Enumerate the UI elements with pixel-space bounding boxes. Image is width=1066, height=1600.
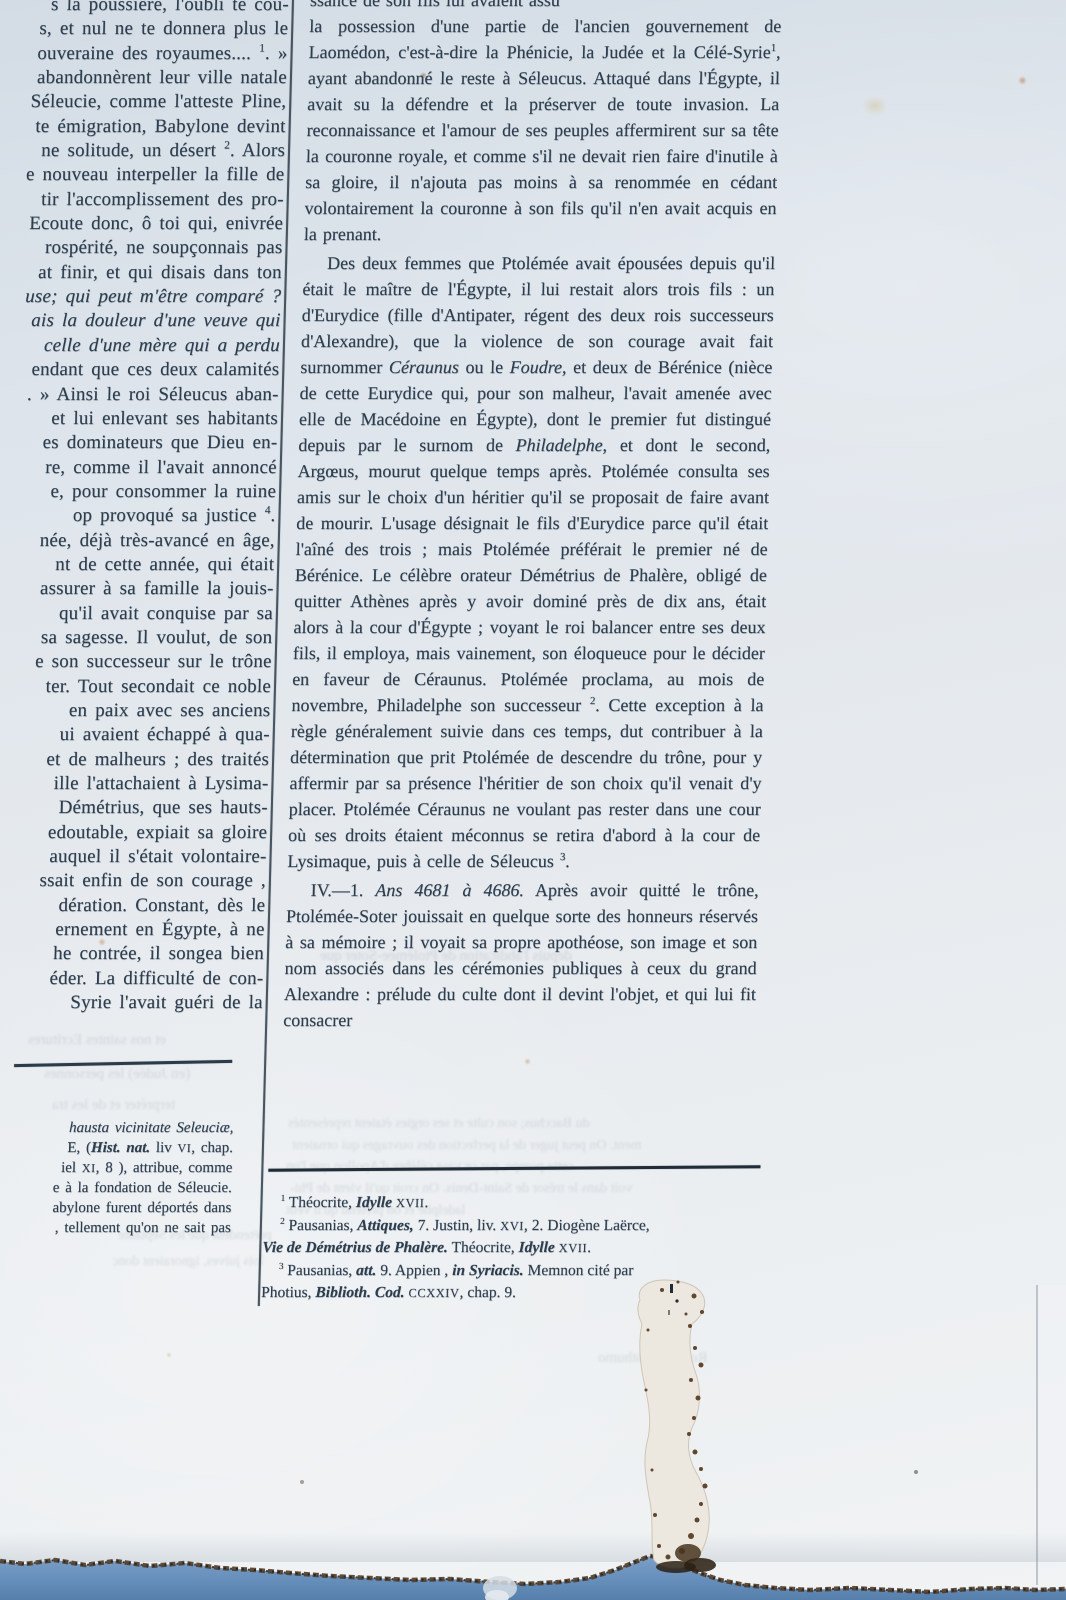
text-segment: ernement en Égypte, à ne [55, 919, 265, 940]
text-line: éder. La difficulté de con- [49, 967, 263, 991]
text-segment: , 8 ), attribue, comme [95, 1160, 232, 1176]
paragraph: IV.—1. Ans 4681 à 4686. Après avoir quit… [283, 877, 759, 1033]
text-segment: XVI [500, 1219, 524, 1233]
text-line: Syrie l'avait guéri de la [70, 991, 263, 1015]
text-line: s la poussière, l'oubli te cou- [51, 0, 289, 17]
text-segment: Démétrius, que ses hauts- [58, 797, 268, 818]
text-segment: Vie de Démétrius de Phalère. [262, 1239, 448, 1256]
text-segment: XI [82, 1161, 96, 1175]
text-segment: et de malheurs ; des traités [46, 749, 269, 770]
text-line: te émigration, Babylone devint [35, 115, 286, 139]
text-line: s, et nul ne te donnera plus le [39, 17, 288, 41]
text-segment: re, comme il l'avait annoncé [45, 457, 277, 478]
page-damage-trail [638, 1280, 716, 1573]
text-line: et lui enlevant ses habitants [51, 407, 278, 431]
text-segment: Séleucie, comme l'atteste Pline, [30, 91, 286, 112]
text-line: Ecoute donc, ô toi qui, enivrée [29, 212, 284, 236]
text-segment: dération. Constant, dès le [58, 895, 265, 916]
text-segment: nt de cette année, qui était [55, 554, 275, 575]
text-segment: qu'il avait conquise par sa [59, 603, 273, 624]
text-segment: ter. Tout secondait ce noble [45, 676, 271, 697]
text-segment: ouveraine des royaumes.... [37, 43, 259, 64]
text-segment: . » [265, 43, 288, 64]
text-segment: ssait enfin de son courage , [39, 870, 266, 891]
text-segment: Pausanias, [284, 1217, 357, 1234]
text-segment: ne solitude, un désert [41, 140, 224, 161]
text-line: . » Ainsi le roi Séleucus aban- [27, 383, 279, 407]
text-segment: rospérité, ne soupçonnais pas [45, 237, 283, 258]
text-segment: edoutable, expiait sa gloire [48, 822, 268, 843]
text-line: ernement en Égypte, à ne [55, 918, 265, 942]
text-segment: , tellement qu'on ne sait pas [55, 1220, 231, 1236]
text-segment: Philadelphe [515, 435, 603, 455]
text-segment: la possession d'une partie de l'ancien g… [308, 16, 781, 62]
text-segment: , chap. [191, 1140, 233, 1156]
text-line: sa sagesse. Il voulut, de son [41, 626, 273, 650]
text-segment: he contrée, il songea bien [53, 943, 264, 964]
text-segment: Ans 4681 à 4686. [375, 880, 524, 900]
text-segment: Idylle [518, 1239, 555, 1256]
text-segment: . Alors [230, 140, 286, 161]
text-segment: IV.—1. [310, 880, 375, 900]
text-segment: éder. La difficulté de con- [49, 968, 263, 989]
text-line: ssait enfin de son courage , [39, 869, 266, 893]
text-segment: e son successeur sur le trône [35, 651, 272, 672]
text-line: edoutable, expiait sa gloire [48, 821, 268, 845]
text-segment: E, ( [67, 1140, 91, 1156]
edge-shadow [0, 1532, 1066, 1562]
text-segment: e à la fondation de Séleucie. [53, 1180, 233, 1196]
text-segment: sa sagesse. Il voulut, de son [41, 627, 273, 648]
text-line: use; qui peut m'être comparé ? [25, 285, 282, 309]
text-line: ille l'attachaient à Lysima- [53, 772, 268, 796]
torn-edge-and-table [0, 1270, 1066, 1600]
text-segment: celle d'une mère qui a perdu [44, 335, 280, 356]
text-line: iel XI, 8 ), attribue, comme [61, 1158, 233, 1178]
text-segment: auquel il s'était volontaire- [49, 846, 267, 867]
text-segment: Théocrite, [285, 1194, 356, 1211]
text-line: endant que ces deux calamités [31, 358, 279, 382]
stain [1018, 76, 1027, 85]
text-line: Démétrius, que ses hauts- [58, 796, 268, 820]
text-segment: XVII [396, 1196, 425, 1210]
text-segment: Idylle [356, 1194, 393, 1211]
left-footnotes: hausta vicinitate Seleuciæ,E, (Hist. nat… [0, 1118, 260, 1243]
text-line: hausta vicinitate Seleuciæ, [69, 1118, 234, 1138]
text-line: nt de cette année, qui était [55, 553, 275, 577]
paragraph: la possession d'une partie de l'ancien g… [304, 13, 782, 247]
footnote-line: Vie de Démétrius de Phalère. Théocrite, … [262, 1237, 763, 1260]
stain [862, 96, 888, 116]
text-line: ouveraine des royaumes.... 1. » [37, 42, 288, 66]
text-segment: use; qui peut m'être comparé ? [25, 286, 282, 307]
text-segment: endant que ces deux calamités [31, 359, 279, 380]
text-segment: Céraunus [389, 357, 460, 377]
text-line: et de malheurs ; des traités [46, 748, 269, 772]
text-line: , tellement qu'on ne sait pas [55, 1218, 232, 1238]
text-line: abylone furent déportés dans [52, 1198, 231, 1218]
text-segment: , ayant abandonné le reste à Séleucus. A… [304, 42, 781, 244]
text-segment: op provoqué sa justice [73, 505, 265, 526]
text-line: ui avaient échappé à qua- [59, 723, 270, 747]
text-segment: ui avaient échappé à qua- [59, 724, 270, 745]
text-segment: Attiques, [357, 1217, 414, 1234]
text-segment: assurer à sa famille la jouis- [40, 578, 274, 599]
text-line: es dominateurs que Dieu en- [42, 431, 277, 455]
text-segment: te émigration, Babylone devint [35, 116, 286, 137]
text-line: e à la fondation de Séleucie. [53, 1178, 233, 1198]
text-line: e nouveau interpeller la fille de [26, 163, 285, 187]
text-segment: e nouveau interpeller la fille de [26, 164, 285, 185]
text-line: re, comme il l'avait annoncé [45, 456, 277, 480]
footnote-line: 2 Pausanias, Attiques, 7. Justin, liv. X… [263, 1215, 764, 1238]
text-line: ter. Tout secondait ce noble [45, 675, 271, 699]
text-line: op provoqué sa justice 4. [73, 504, 276, 528]
text-segment: 7. Justin, liv. [414, 1217, 501, 1234]
text-line: rospérité, ne soupçonnais pas [45, 236, 283, 260]
text-line: ais la douleur d'une veuve qui [31, 309, 281, 333]
text-segment: XVII [558, 1241, 587, 1255]
text-line: en paix avec ses anciens [69, 699, 271, 723]
text-line: qu'il avait conquise par sa [59, 602, 274, 626]
text-line: tir l'accomplissement des pro- [41, 188, 284, 212]
text-segment: ssance de son fils lui avaient assu [310, 0, 560, 10]
text-segment: VI [177, 1141, 191, 1155]
stain [420, 72, 427, 79]
text-line: Séleucie, comme l'atteste Pline, [30, 90, 286, 114]
text-segment: . [270, 505, 276, 526]
text-segment: en paix avec ses anciens [69, 700, 271, 721]
text-line: née, déjà très-avancé en âge, [39, 529, 275, 553]
text-line: dération. Constant, dès le [58, 894, 265, 918]
text-segment: tir l'accomplissement des pro- [41, 189, 284, 210]
text-segment: Syrie l'avait guéri de la [70, 992, 263, 1013]
text-line: at finir, et qui disais dans ton [38, 261, 282, 285]
text-line: e son successeur sur le trône [35, 650, 272, 674]
left-footnote-rule [14, 1060, 232, 1067]
text-segment: ou le [459, 357, 510, 377]
text-segment: Théocrite, [448, 1239, 519, 1256]
text-segment: at finir, et qui disais dans ton [38, 262, 282, 283]
text-line: assurer à sa famille la jouis- [40, 577, 274, 601]
text-segment: Foudre [509, 357, 562, 377]
text-segment: ais la douleur d'une veuve qui [31, 310, 281, 331]
text-segment: Ecoute donc, ô toi qui, enivrée [29, 213, 283, 234]
footnote-line: 1 Théocrite, Idylle XVII. [263, 1192, 764, 1215]
text-segment: e, pour consommer la ruine [50, 481, 276, 502]
clipped-top-line: ssance de son fils lui avaient assu [310, 0, 783, 13]
text-segment: , et dont le second, Argœus, mourut quel… [291, 435, 770, 715]
text-line: he contrée, il songea bien [53, 942, 264, 966]
text-line: e, pour consommer la ruine [50, 480, 276, 504]
text-segment: . Cette exception à la règle généralemen… [287, 695, 764, 871]
text-segment: abandonnèrent leur ville natale [37, 67, 288, 88]
paragraph: Des deux femmes que Ptolémée avait épous… [287, 250, 775, 874]
text-segment: . » Ainsi le roi Séleucus aban- [27, 384, 279, 405]
left-text-column: s la poussière, l'oubli te cou-s, et nul… [0, 0, 289, 1025]
text-segment: . [424, 1194, 428, 1211]
text-segment: iel [61, 1160, 82, 1176]
text-segment: abylone furent déportés dans [52, 1200, 231, 1216]
text-segment: hausta vicinitate Seleuciæ, [69, 1120, 234, 1136]
text-segment: es dominateurs que Dieu en- [42, 432, 277, 453]
text-segment: s, et nul ne te donnera plus le [39, 18, 288, 39]
text-segment: et lui enlevant ses habitants [51, 408, 278, 429]
text-segment: Après avoir quitté le trône, Ptolémée-So… [283, 880, 759, 1030]
text-segment: née, déjà très-avancé en âge, [39, 530, 275, 551]
stain [98, 938, 106, 946]
book-page-photo: s la poussière, l'oubli te cou-s, et nul… [0, 0, 1066, 1600]
text-segment: ille l'attachaient à Lysima- [53, 773, 268, 794]
text-segment: liv [150, 1140, 178, 1156]
right-text-column: ssance de son fils lui avaient assu la p… [279, 0, 782, 1173]
blue-table-surface [0, 1556, 1066, 1600]
text-line: ne solitude, un désert 2. Alors [41, 139, 285, 163]
text-line: abandonnèrent leur ville natale [37, 66, 288, 90]
text-segment: , 2. Diogène Laërce, [524, 1217, 650, 1234]
text-line: auquel il s'était volontaire- [49, 845, 267, 869]
text-segment: . [565, 851, 570, 871]
text-segment: s la poussière, l'oubli te cou- [51, 0, 289, 15]
text-segment: . [587, 1239, 591, 1256]
stain [524, 1058, 531, 1065]
text-line: celle d'une mère qui a perdu [44, 334, 281, 358]
text-line: E, (Hist. nat. liv VI, chap. [67, 1138, 233, 1158]
text-segment: Hist. nat. [91, 1140, 151, 1156]
